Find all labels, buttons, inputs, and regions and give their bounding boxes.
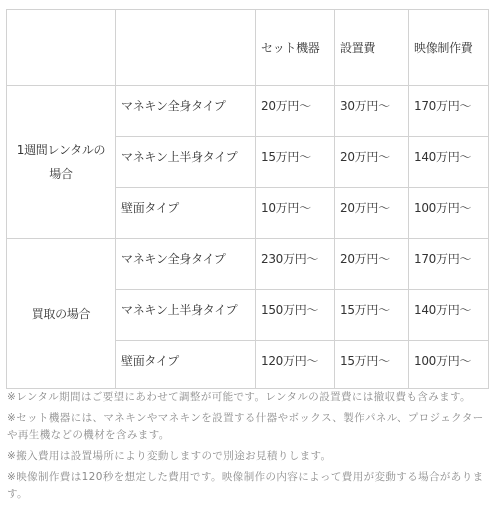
header-plan [7, 10, 116, 86]
header-type [116, 10, 256, 86]
notes: ※レンタル期間はご要望にあわせて調整が可能です。レンタルの設置費には撤収費も含み… [7, 389, 491, 505]
type-cell: 壁面タイプ [116, 341, 256, 389]
equipment-cell: 150万円〜 [256, 290, 335, 341]
video-cell: 100万円〜 [409, 188, 489, 239]
note-rental-period: ※レンタル期間はご要望にあわせて調整が可能です。レンタルの設置費には撤収費も含み… [7, 389, 491, 406]
installation-cell: 15万円〜 [335, 341, 409, 389]
table-row: 1週間レンタルの場合 マネキン全身タイプ 20万円〜 30万円〜 170万円〜 [7, 86, 489, 137]
installation-cell: 15万円〜 [335, 290, 409, 341]
group-label-purchase: 買取の場合 [7, 239, 116, 389]
header-installation: 設置費 [335, 10, 409, 86]
installation-cell: 20万円〜 [335, 137, 409, 188]
type-cell: 壁面タイプ [116, 188, 256, 239]
equipment-cell: 230万円〜 [256, 239, 335, 290]
header-video-production: 映像制作費 [409, 10, 489, 86]
installation-cell: 30万円〜 [335, 86, 409, 137]
equipment-cell: 20万円〜 [256, 86, 335, 137]
video-cell: 170万円〜 [409, 86, 489, 137]
table-row: 買取の場合 マネキン全身タイプ 230万円〜 20万円〜 170万円〜 [7, 239, 489, 290]
video-cell: 140万円〜 [409, 137, 489, 188]
header-row: セット機器 設置費 映像制作費 [7, 10, 489, 86]
installation-cell: 20万円〜 [335, 239, 409, 290]
type-cell: マネキン全身タイプ [116, 86, 256, 137]
price-table: セット機器 設置費 映像制作費 1週間レンタルの場合 マネキン全身タイプ 20万… [6, 9, 489, 389]
video-cell: 170万円〜 [409, 239, 489, 290]
video-cell: 140万円〜 [409, 290, 489, 341]
note-equipment: ※セット機器には、マネキンやマネキンを設置する什器やボックス、製作パネル、プロジ… [7, 410, 491, 444]
note-delivery: ※搬入費用は設置場所により変動しますので別途お見積りします。 [7, 448, 491, 465]
type-cell: マネキン上半身タイプ [116, 137, 256, 188]
video-cell: 100万円〜 [409, 341, 489, 389]
equipment-cell: 10万円〜 [256, 188, 335, 239]
type-cell: マネキン全身タイプ [116, 239, 256, 290]
equipment-cell: 15万円〜 [256, 137, 335, 188]
header-equipment: セット機器 [256, 10, 335, 86]
type-cell: マネキン上半身タイプ [116, 290, 256, 341]
group-label-rental: 1週間レンタルの場合 [7, 86, 116, 239]
note-video-production: ※映像制作費は120秒を想定した費用です。映像制作の内容によって費用が変動する場… [7, 469, 491, 503]
equipment-cell: 120万円〜 [256, 341, 335, 389]
installation-cell: 20万円〜 [335, 188, 409, 239]
